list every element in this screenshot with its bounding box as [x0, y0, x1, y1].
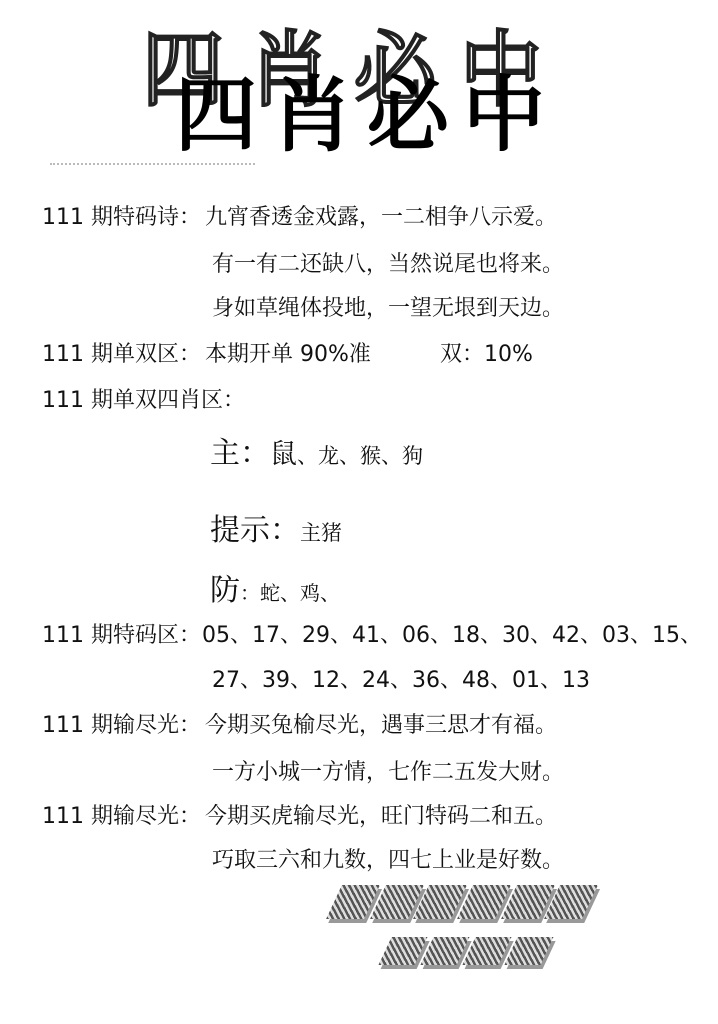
lose-all-2-line-1: 今期买虎输尽光，旺门特码二和五。 [205, 804, 557, 830]
logo-glyph [420, 937, 469, 965]
main-label: 主： [210, 436, 270, 471]
lose-all-1-label: 111 期输尽光： [42, 713, 201, 739]
poem-line-2: 有一有二还缺八，当然说尾也将来。 [212, 252, 564, 278]
faint-divider [50, 163, 255, 165]
guard-value: ：蛇、鸡、 [240, 581, 340, 605]
special-numbers-line-2: 27、39、12、24、36、48、01、13 [212, 668, 590, 694]
odd-even-label: 111 期单双区： [42, 342, 201, 368]
poem-label: 111 期特码诗： [42, 205, 201, 231]
page-title: 四肖必中 [175, 75, 559, 157]
poem-line-3: 身如草绳体投地，一望无垠到天边。 [212, 296, 564, 322]
guard: 防：蛇、鸡、 [210, 565, 340, 609]
logo-glyph [544, 885, 598, 919]
logo-glyph [378, 937, 427, 965]
even-percent: 双：10% [440, 342, 533, 368]
logo-glyph [504, 937, 553, 965]
main-zodiac: 主：鼠、龙、猴、狗 [210, 428, 423, 472]
hint-value: 主猪 [300, 521, 342, 545]
main-first: 鼠 [270, 439, 297, 470]
guard-label: 防 [210, 573, 240, 608]
hint-label: 提示： [210, 513, 300, 548]
lose-all-2-label: 111 期输尽光： [42, 804, 201, 830]
hint: 提示：主猪 [210, 505, 342, 549]
lose-all-1-line-2: 一方小城一方情，七作二五发大财。 [212, 760, 564, 786]
lose-all-2-line-2: 巧取三六和九数，四七上业是好数。 [212, 848, 564, 874]
four-zodiac-label: 111 期单双四肖区： [42, 388, 245, 414]
special-numbers-label: 111 期特码区： [42, 623, 201, 649]
main-rest: 、龙、猴、狗 [297, 444, 423, 468]
lose-all-1-line-1: 今期买兔榆尽光，遇事三思才有福。 [205, 713, 557, 739]
logo-glyph [462, 937, 511, 965]
poem-line-1: 九宵香透金戏露，一二相争八示爱。 [205, 205, 557, 231]
halftone-logo [330, 885, 590, 985]
special-numbers-line-1: 05、17、29、41、06、18、30、42、03、15、 [202, 623, 702, 649]
odd-even-text: 本期开单 90%准 [205, 342, 371, 368]
